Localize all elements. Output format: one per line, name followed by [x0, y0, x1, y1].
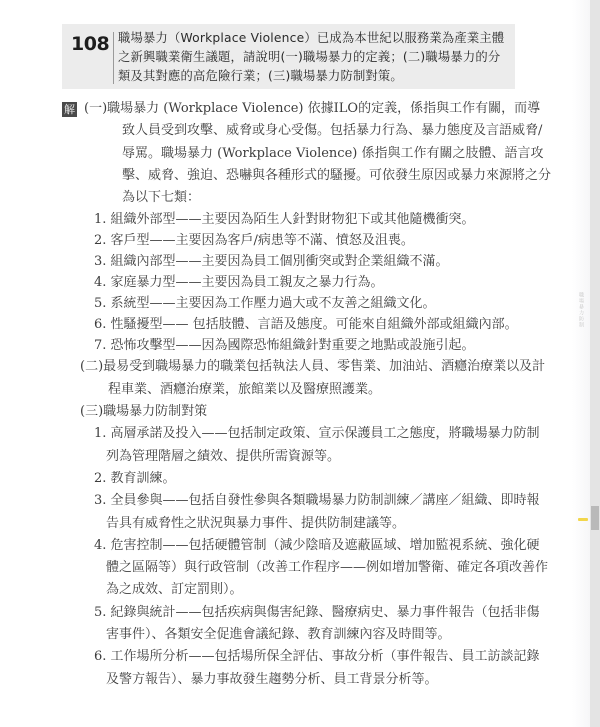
list-item: 5. 紀錄與統計——包括疾病與傷害紀錄、醫療病史、暴力事件報告（包括非傷害事件）… [62, 602, 552, 647]
chapter-side-label: 職場暴力防制 [576, 292, 584, 328]
part-marker: (二) [80, 356, 103, 378]
chapter-tab-marker [578, 518, 588, 521]
list-item: 4. 危害控制——包括硬體管制（減少陰暗及遮蔽區域、增加監視系統、強化硬體之區隔… [62, 535, 552, 602]
list-item: 6. 性騷擾型—— 包括肢體、言語及態度。可能來自組織外部或組織內部。 [62, 314, 552, 335]
list-item: 1. 高層承諾及投入——包括制定政策、宣示保護員工之態度，將職場暴力防制列為管理… [62, 423, 552, 468]
question-number: 108 [71, 33, 109, 55]
page-edge-shadow [572, 0, 590, 727]
answer-part-1: (一)職場暴力 (Workplace Violence) 依據ILO的定義，係指… [62, 98, 552, 209]
part-1-text: 職場暴力 (Workplace Violence) 依據ILO的定義，係指與工作… [107, 101, 551, 205]
scrollbar-thumb[interactable] [591, 506, 599, 530]
part-marker: (三) [80, 401, 103, 423]
list-item: 7. 恐怖攻擊型——因為國際恐怖組織針對重要之地點或設施引起。 [62, 335, 552, 356]
list-item: 2. 教育訓練。 [62, 468, 552, 490]
list-item: 6. 工作場所分析——包括場所保全評估、事故分析（事件報告、員工訪談記錄及警方報… [62, 646, 552, 691]
question-box: 108 職場暴力（Workplace Violence）已成為本世紀以服務業為產… [62, 24, 515, 89]
part-2-text: 最易受到職場暴力的職業包括執法人員、零售業、加油站、酒癮治療業以及計程車業、酒癮… [103, 359, 545, 396]
list-item: 3. 組織內部型——主要因為員工個別衝突或對企業組織不滿。 [62, 251, 552, 272]
violence-types-list: 1. 組織外部型——主要因為陌生人針對財物犯下或其他隨機衝突。 2. 客戶型——… [62, 209, 552, 356]
answer-part-3-title: (三)職場暴力防制對策 [62, 401, 552, 423]
part-3-title: 職場暴力防制對策 [103, 404, 207, 419]
list-item: 4. 家庭暴力型——主要因為員工親友之暴力行為。 [62, 272, 552, 293]
countermeasures-list: 1. 高層承諾及投入——包括制定政策、宣示保護員工之態度，將職場暴力防制列為管理… [62, 423, 552, 691]
list-item: 5. 系統型——主要因為工作壓力過大或不友善之組織文化。 [62, 293, 552, 314]
question-text: 職場暴力（Workplace Violence）已成為本世紀以服務業為產業主體之… [118, 29, 510, 86]
part-marker: (一) [84, 98, 107, 120]
vertical-scrollbar[interactable] [590, 0, 600, 727]
answer-part-2: (二)最易受到職場暴力的職業包括執法人員、零售業、加油站、酒癮治療業以及計程車業… [62, 356, 552, 401]
list-item: 2. 客戶型——主要因為客戶/病患等不滿、憤怒及沮喪。 [62, 230, 552, 251]
list-item: 1. 組織外部型——主要因為陌生人針對財物犯下或其他隨機衝突。 [62, 209, 552, 230]
question-divider [113, 32, 114, 84]
list-item: 3. 全員參與——包括自發性參與各類職場暴力防制訓練／講座／組織、即時報告具有威… [62, 490, 552, 535]
document-page: 108 職場暴力（Workplace Violence）已成為本世紀以服務業為產… [0, 0, 590, 727]
answer-section: 解 (一)職場暴力 (Workplace Violence) 依據ILO的定義，… [62, 98, 552, 691]
